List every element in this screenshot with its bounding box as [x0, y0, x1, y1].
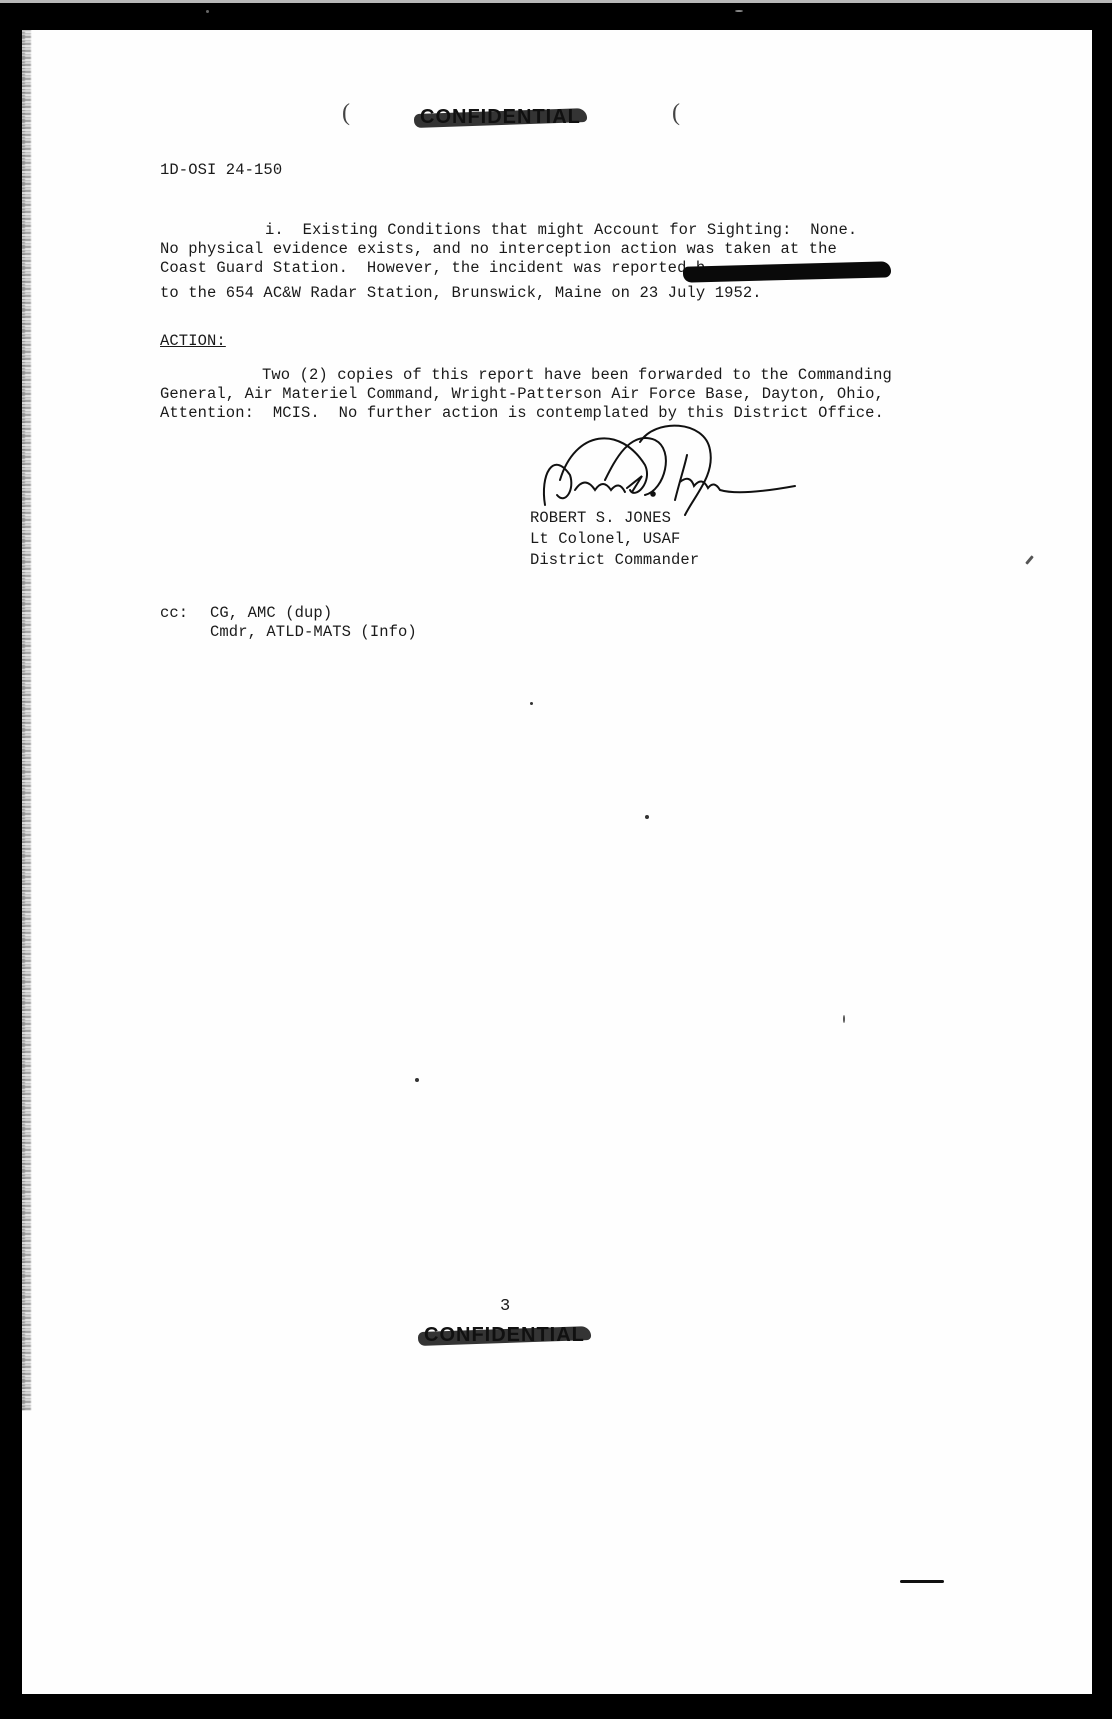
- scan-speck: [415, 1078, 419, 1082]
- classification-stamp-bottom: CONFIDENTIAL: [424, 1324, 585, 1347]
- action-line-2: General, Air Materiel Command, Wright-Pa…: [160, 385, 884, 403]
- signatory-name: ROBERT S. JONES: [530, 509, 671, 527]
- file-reference: 1D-OSI 24-150: [160, 161, 282, 179]
- classification-stamp-top: CONFIDENTIAL: [420, 106, 581, 129]
- paragraph-i-line-1: i. Existing Conditions that might Accoun…: [265, 221, 857, 239]
- cc-recipient-1: CG, AMC (dup): [210, 604, 332, 622]
- scan-speck: [206, 10, 209, 13]
- page-number: 3: [500, 1298, 510, 1316]
- action-heading: ACTION:: [160, 332, 226, 350]
- scan-edge-shadow: [13, 30, 31, 1410]
- scan-speck: [843, 1015, 845, 1023]
- signatory-rank: Lt Colonel, USAF: [530, 530, 680, 548]
- cc-label: cc:: [160, 604, 188, 622]
- scanner-top-strip: [0, 0, 1112, 3]
- scan-speck: [735, 10, 743, 12]
- scan-stroke-mark: [900, 1580, 944, 1583]
- handwritten-signature: [535, 420, 805, 520]
- scan-speck: [645, 815, 649, 819]
- cc-recipient-2: Cmdr, ATLD-MATS (Info): [210, 623, 417, 641]
- paragraph-i-line-2: No physical evidence exists, and no inte…: [160, 240, 837, 258]
- scan-speck: [530, 702, 533, 705]
- paragraph-i-line-3: Coast Guard Station. However, the incide…: [160, 259, 705, 277]
- signatory-title: District Commander: [530, 551, 699, 569]
- action-line-1: Two (2) copies of this report have been …: [262, 366, 892, 384]
- stamp-paren-right: (: [672, 100, 680, 127]
- stamp-paren-left: (: [342, 100, 350, 127]
- document-page: [22, 30, 1092, 1694]
- paragraph-i-line-4: to the 654 AC&W Radar Station, Brunswick…: [160, 284, 762, 302]
